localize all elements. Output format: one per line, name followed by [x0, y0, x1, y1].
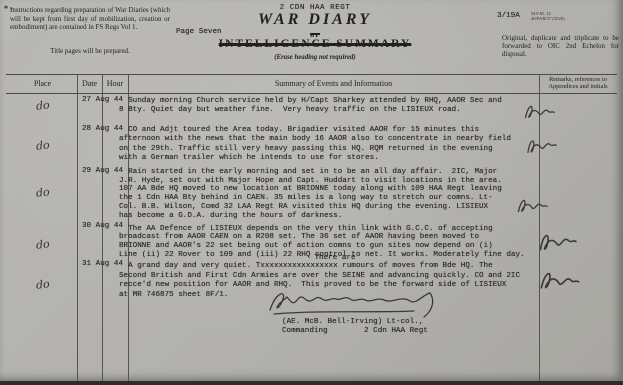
- form-title-intelligence-summary-struck-out: INTELLIGENCE SUMMARY: [200, 38, 430, 50]
- ditto-mark-handwritten: do: [35, 185, 50, 199]
- column-header-date: Date: [77, 79, 102, 88]
- entry-line: 107 AA Bde HQ moved to new location at B…: [119, 185, 551, 194]
- page-number-label: Page Seven: [176, 28, 222, 36]
- diary-entry-27-aug: Sunday morning Church service held by H/…: [119, 97, 551, 116]
- commanding-officer-signature-handwritten: [262, 286, 447, 320]
- form-number-fineprint-line2: 40/PAB/37 (5028): [531, 16, 591, 21]
- ditto-mark-handwritten: do: [35, 138, 50, 152]
- entry-line: CO and Adjt toured the Area today. Briga…: [119, 126, 551, 135]
- entry-date: 29 Aug 44: [82, 167, 123, 175]
- diary-entry-28-aug: CO and Adjt toured the Area today. Briga…: [119, 126, 551, 164]
- column-header-remarks: Remarks, references to Appendices and in…: [541, 76, 615, 90]
- war-diary-scanned-page: * - Instructions regarding preparation o…: [0, 0, 623, 385]
- signature-role-line: Commanding 2 Cdn HAA Regt: [282, 327, 428, 335]
- entry-date: 27 Aug 44: [82, 96, 123, 104]
- ditto-mark-handwritten: do: [35, 277, 50, 291]
- initials-scrawl-handwritten: [522, 132, 559, 160]
- entry-line: with a German trailer which he intends t…: [119, 154, 551, 163]
- initials-scrawl-handwritten: [534, 225, 580, 259]
- entry-line: Sunday morning Church service held by H/…: [119, 97, 551, 106]
- form-instructions: Instructions regarding preparation of Wa…: [10, 6, 170, 32]
- entry-line: Rain started in the early morning and se…: [119, 168, 551, 177]
- ditto-mark-handwritten: do: [35, 237, 50, 251]
- initials-scrawl-handwritten: [536, 265, 583, 297]
- entry-line: the 1 Cdn HAA Bty behind in CAEN. 35 mil…: [119, 194, 551, 203]
- column-rule-place-date: [77, 74, 78, 385]
- diary-entry-29-aug: Rain started in the early morning and se…: [119, 168, 551, 220]
- table-header-rule: [6, 93, 617, 94]
- typed-insertion-there-are: There are: [300, 254, 370, 262]
- initials-scrawl-handwritten: [521, 99, 557, 124]
- signature-name-line: (AE. McB. Bell-Irving) Lt-col.,: [282, 318, 423, 326]
- title-pages-note: Title pages will be prepared.: [10, 47, 170, 55]
- entry-line: has become a G.D.A. during the hours of …: [119, 212, 551, 221]
- distribution-note: Original, duplicate and triplicate to be…: [502, 34, 619, 59]
- entry-line: Second British and First Cdn Armies are …: [119, 272, 551, 282]
- initials-scrawl-handwritten: [514, 193, 550, 218]
- table-top-rule: [6, 74, 617, 75]
- entry-line: The AA Defence of LISIEUX depends on the…: [119, 225, 551, 234]
- entry-line: broadcast from AAOR CAEN on a R208 set. …: [119, 233, 551, 242]
- column-header-summary: Summary of Events and Information: [128, 79, 539, 88]
- form-number: 3/19A: [497, 12, 520, 20]
- erase-heading-note: (Erase heading not required): [230, 54, 400, 61]
- form-title-war-diary: WAR DIARY: [190, 11, 440, 29]
- column-header-hour: Hour: [102, 79, 128, 88]
- form-number-fineprint: M.F.M. 12 40/PAB/37 (5028): [531, 11, 591, 21]
- entry-line: 8 Bty. Quiet day but weather fine. Very …: [119, 106, 551, 115]
- column-header-place: Place: [8, 79, 77, 88]
- entry-line: BRIONNE and AAOR's 22 set being out of a…: [119, 242, 551, 251]
- entry-date: 30 Aug 44: [82, 222, 123, 230]
- entry-line: Col. B.B. Wilson, Comd 32 LAA Regt RA vi…: [119, 203, 551, 212]
- entry-line: A grand day and very quiet. Txxxxxxxxxxx…: [119, 262, 551, 272]
- entry-date: 31 Aug 44: [82, 260, 123, 268]
- entry-line: afternoon with the news that the main bo…: [119, 135, 551, 144]
- ditto-mark-handwritten: do: [35, 98, 50, 112]
- entry-line: on the 29th. Traffic still very heavy pa…: [119, 145, 551, 154]
- entry-date: 28 Aug 44: [82, 125, 123, 133]
